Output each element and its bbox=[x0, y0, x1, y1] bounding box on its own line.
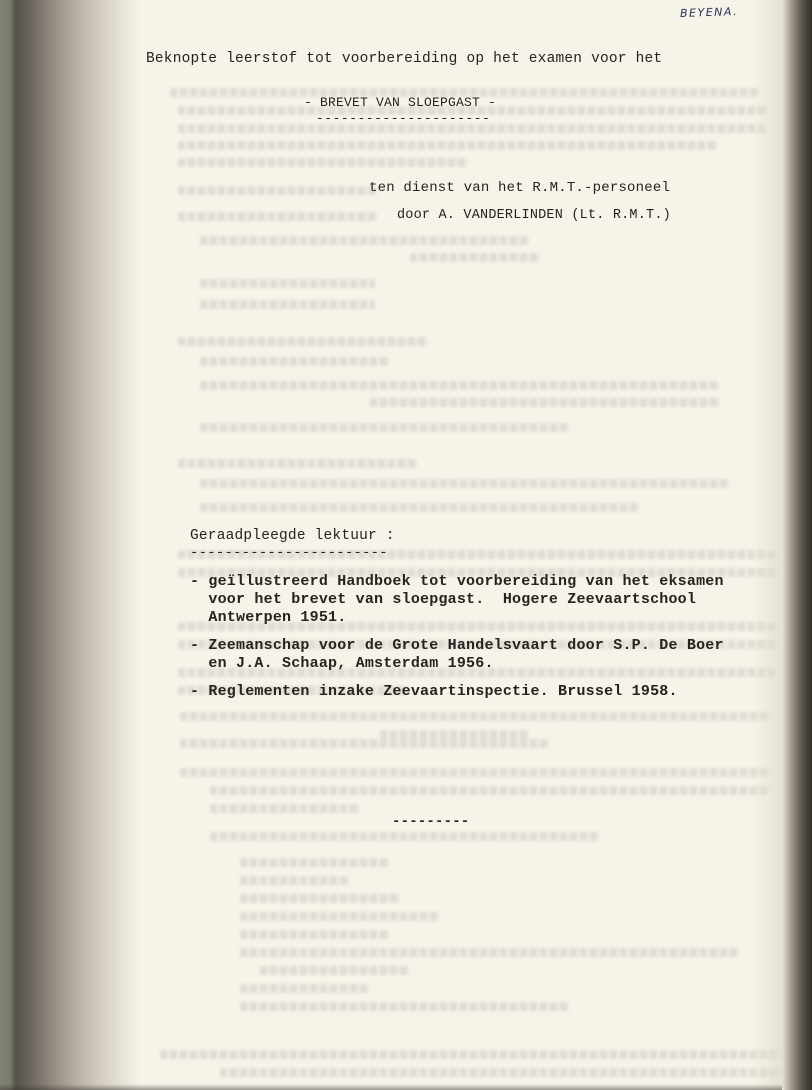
page-edge-shading bbox=[752, 0, 782, 1090]
binding-shadow bbox=[0, 0, 140, 1090]
author-line: door A. VANDERLINDEN (Lt. R.M.T.) bbox=[397, 207, 671, 225]
intro-line: Beknopte leerstof tot voorbereiding op h… bbox=[146, 50, 662, 68]
references-heading: Geraadpleegde lektuur : bbox=[190, 527, 395, 545]
scanned-page: BEYENA. Beknopte leerstof tot voorbereid… bbox=[0, 0, 812, 1090]
end-rule: --------- bbox=[392, 813, 469, 831]
service-line: ten dienst van het R.M.T.-personeel bbox=[369, 179, 670, 197]
page-edge bbox=[782, 0, 812, 1090]
references-underline: ----------------------- bbox=[190, 544, 388, 562]
title-underline: --------------------- bbox=[316, 110, 490, 128]
handwritten-annotation: BEYENA. bbox=[680, 5, 739, 20]
bottom-edge bbox=[0, 1084, 782, 1090]
